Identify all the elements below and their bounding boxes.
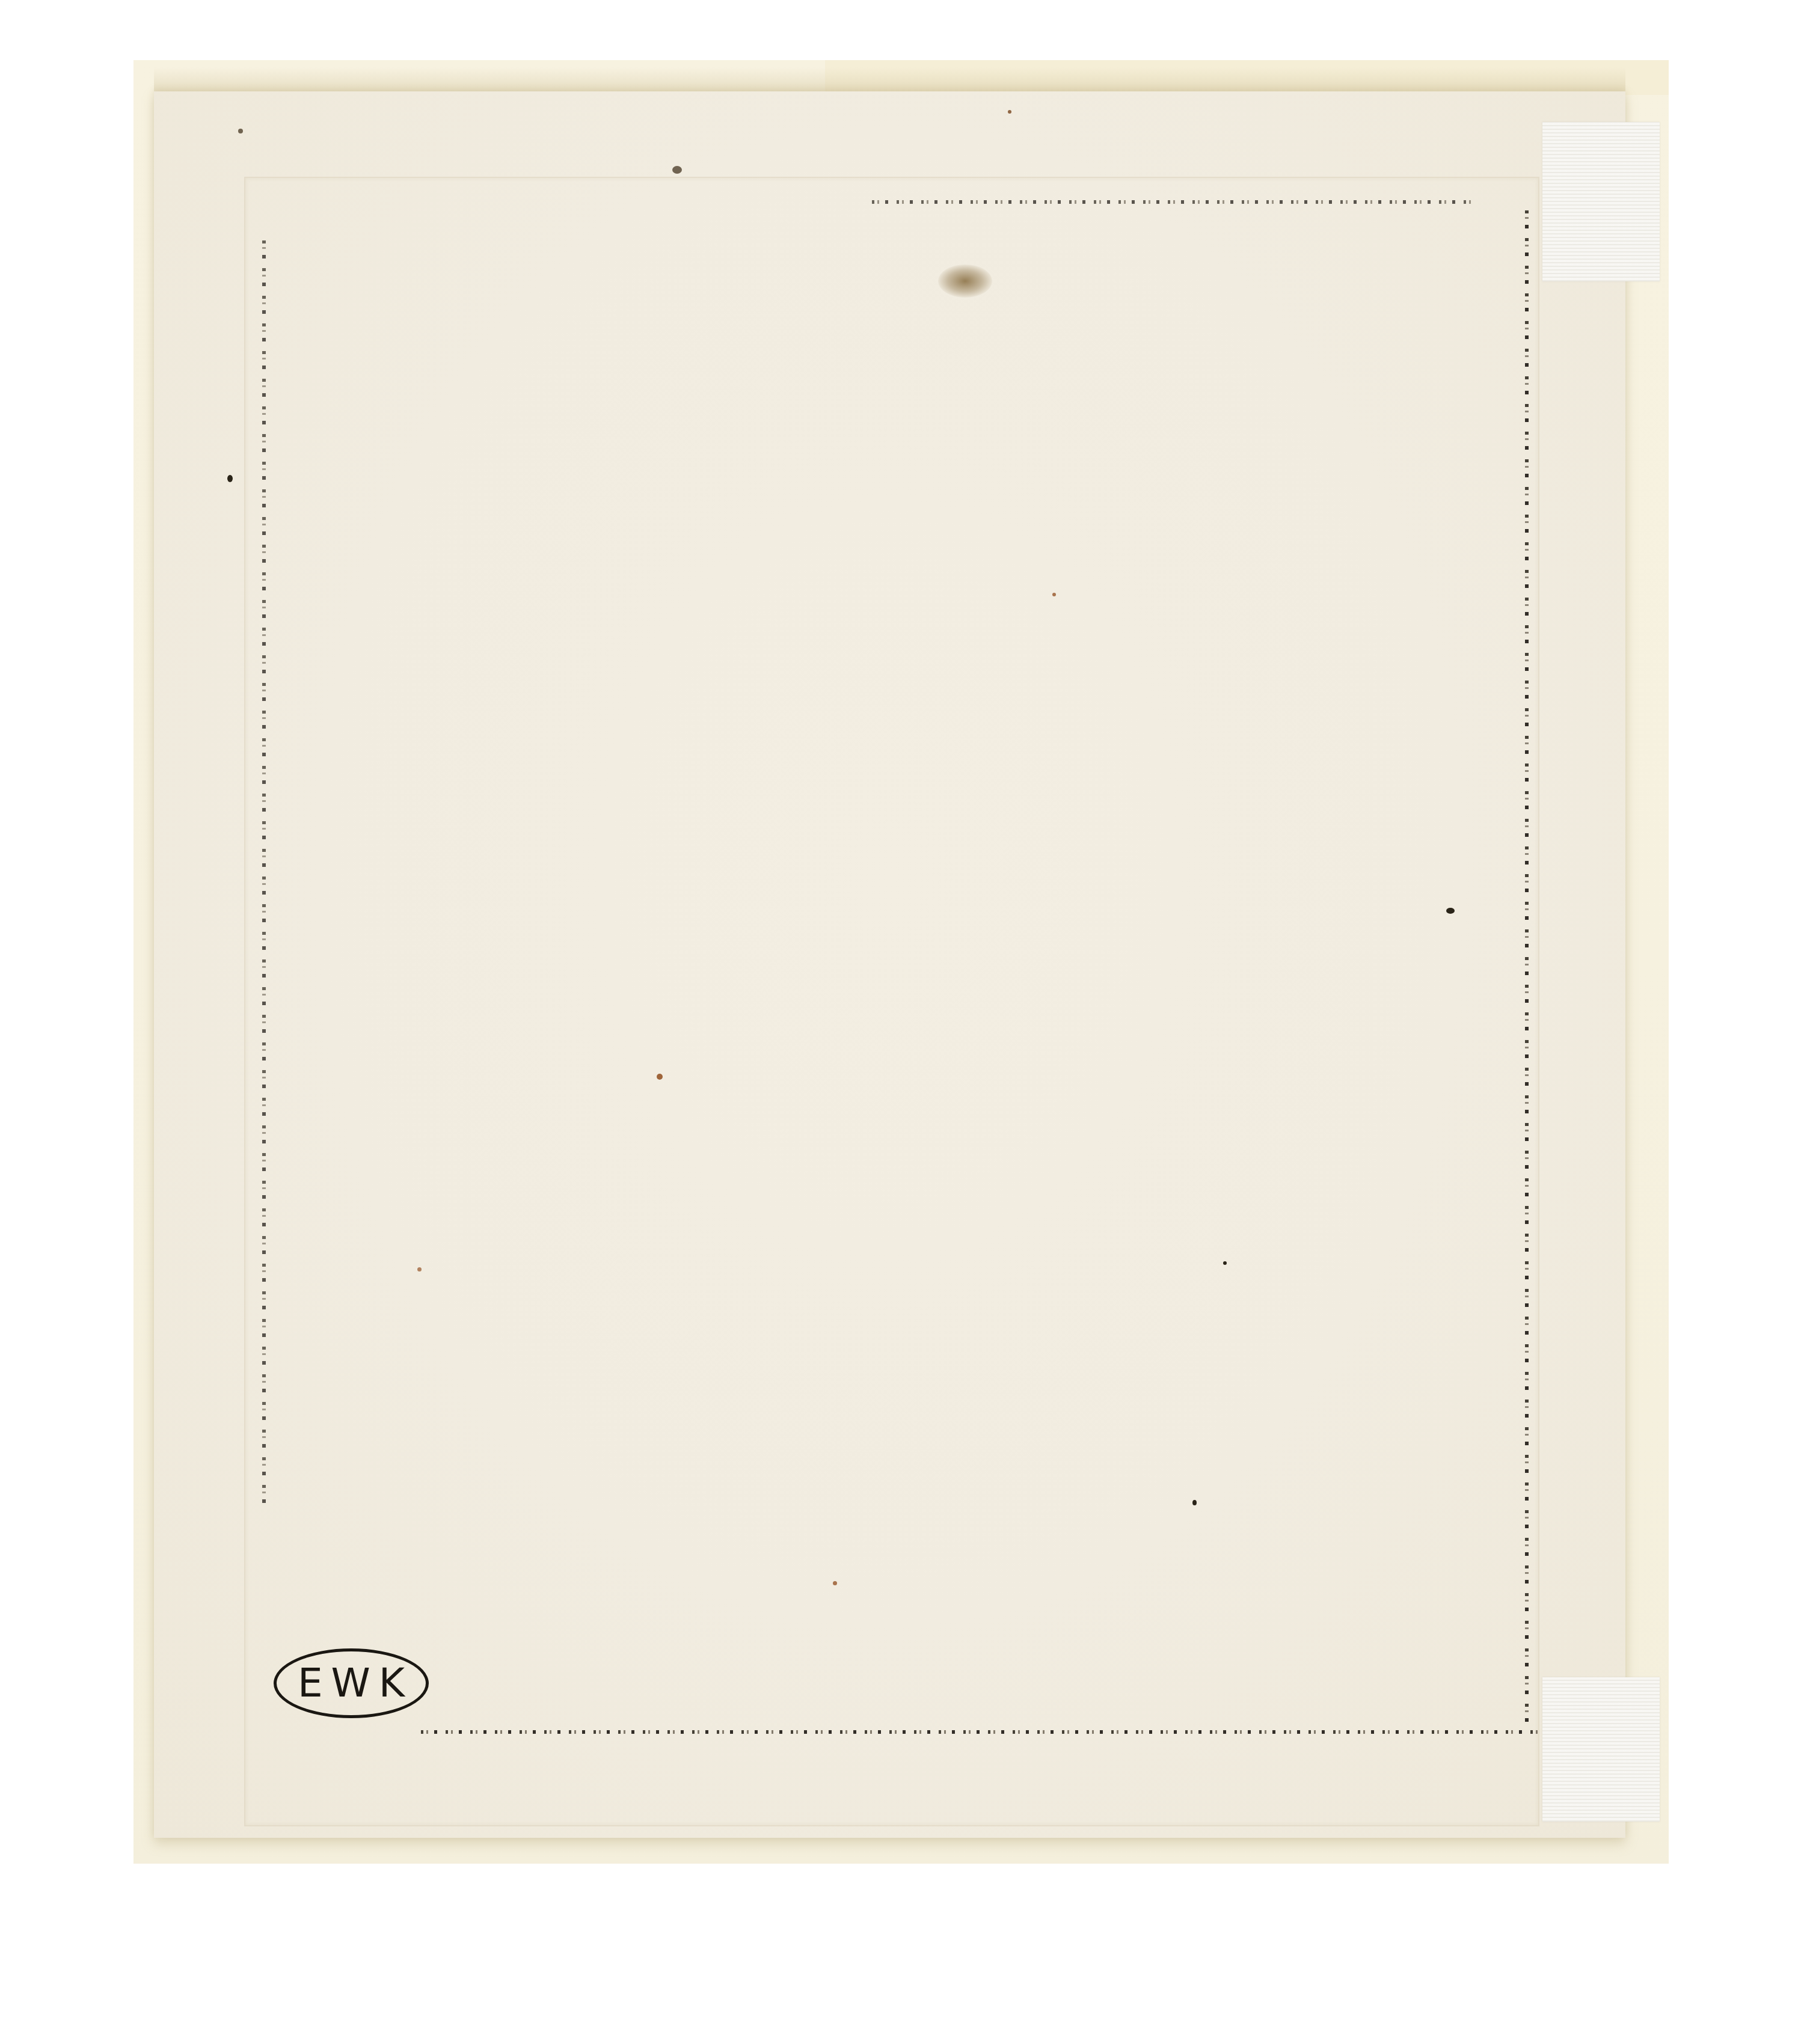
speck xyxy=(1223,1261,1227,1265)
speck xyxy=(417,1267,422,1271)
collector-stamp-text: EWK xyxy=(289,1663,413,1703)
plate-line-top xyxy=(872,200,1473,204)
hinge-tape-top xyxy=(1542,122,1660,281)
speck xyxy=(833,1581,837,1585)
plate-line-bottom xyxy=(421,1730,1539,1734)
speck xyxy=(1446,908,1455,914)
foxing-spot xyxy=(938,265,992,298)
speck xyxy=(227,475,233,482)
speck xyxy=(1052,593,1056,596)
plate-line-right xyxy=(1525,210,1529,1731)
speck xyxy=(1008,110,1011,114)
print-sheet-verso xyxy=(154,91,1625,1838)
plate-line-left xyxy=(262,240,266,1503)
speck xyxy=(672,166,682,174)
plate-mark-impression xyxy=(244,177,1539,1826)
speck xyxy=(1192,1500,1197,1505)
collector-stamp: EWK xyxy=(274,1648,429,1718)
speck xyxy=(657,1074,663,1080)
hinge-tape-bottom xyxy=(1542,1677,1660,1822)
sheet-edge-shadow xyxy=(154,67,1625,91)
speck xyxy=(238,129,243,133)
